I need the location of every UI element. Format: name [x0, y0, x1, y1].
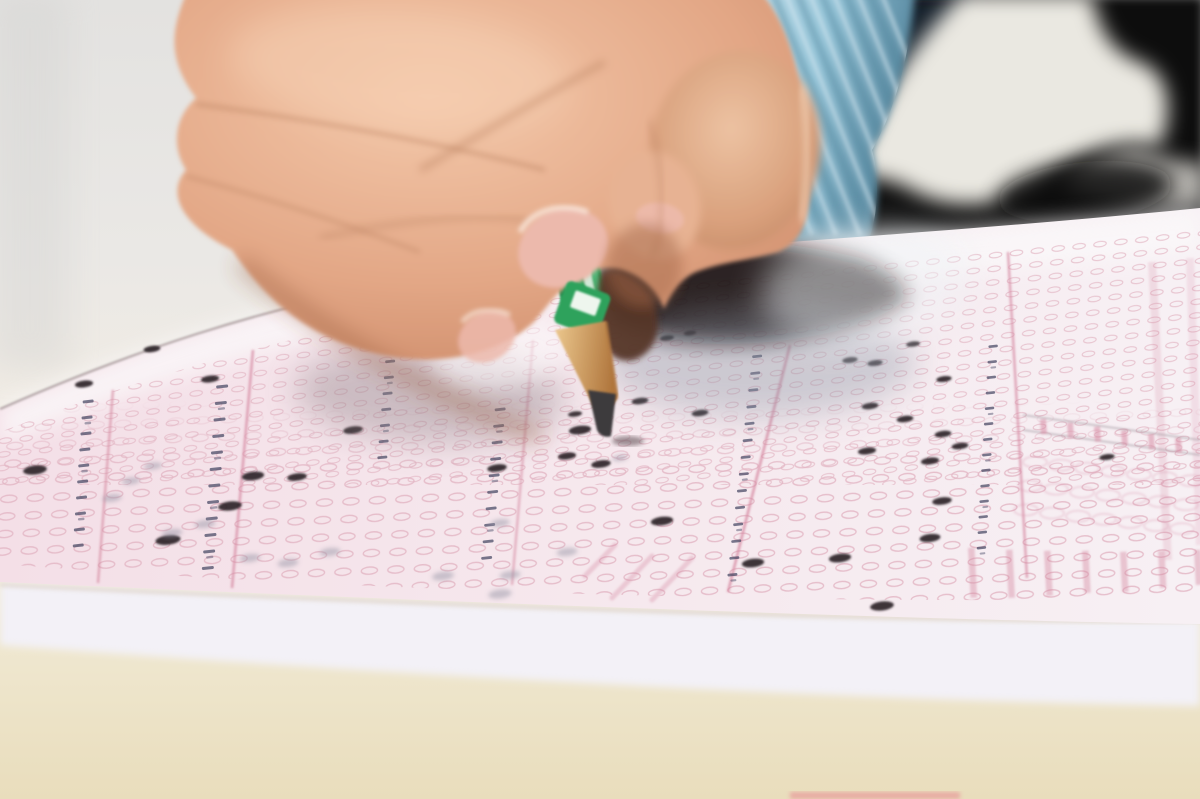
- entry-strip-tick: [1094, 427, 1101, 442]
- pencil-tip-shadow: [612, 436, 644, 446]
- red-edge-sliver: [790, 792, 960, 799]
- entry-strip-tick: [1040, 419, 1047, 434]
- entry-strip-tick: [1121, 430, 1128, 445]
- entry-strip-tick: [1067, 423, 1074, 438]
- exam-photo: [0, 0, 1200, 799]
- entry-strip-tick: [1148, 434, 1155, 449]
- photo-canvas: [0, 0, 1200, 799]
- entry-strip-tick: [1175, 438, 1182, 453]
- background-shade-streak: [0, 0, 70, 370]
